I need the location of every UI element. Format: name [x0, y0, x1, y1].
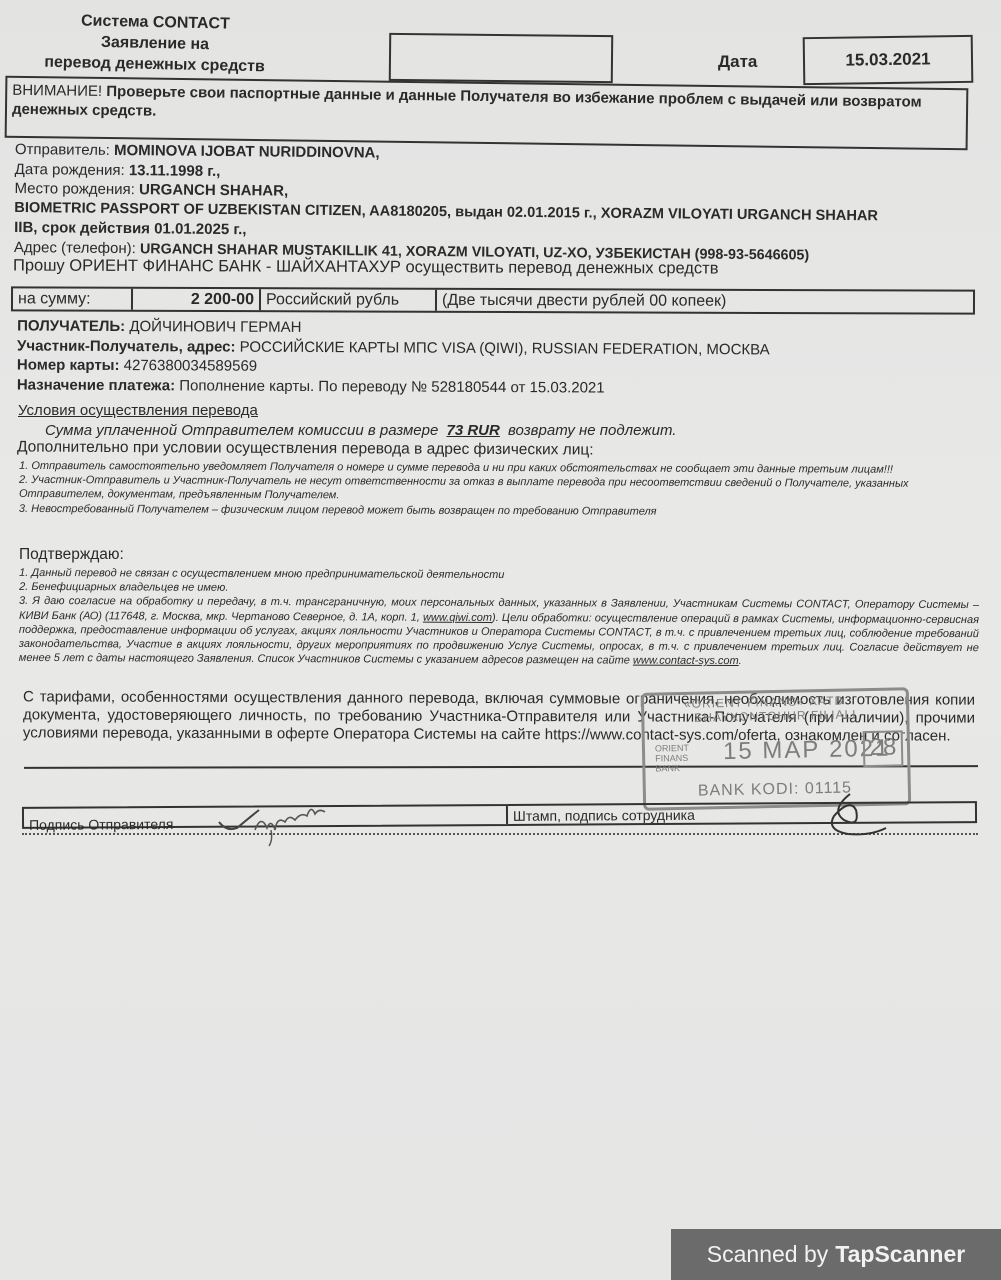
consent-text-c: .	[739, 655, 742, 667]
title-line-transfer: перевод денежных средств	[19, 51, 289, 78]
scanner-watermark: Scanned by TapScanner	[671, 1229, 1001, 1280]
payment-purpose-label: Назначение платежа:	[17, 376, 175, 394]
contact-sys-link[interactable]: www.contact-sys.com	[633, 655, 739, 667]
transfer-application-document: Система CONTACT Заявление на перевод ден…	[0, 0, 1001, 1280]
sender-pob-label: Место рождения:	[14, 180, 134, 198]
confirm-title: Подтверждаю:	[19, 546, 124, 564]
stamp-bank-line: FINANS	[655, 753, 689, 764]
additional-conditions-title: Дополнительно при условии осуществления …	[17, 438, 594, 459]
sender-section: Отправитель: MOMINOVA IJOBAT NURIDDINOVN…	[14, 140, 980, 267]
amount-in-words: (Две тысячи двести рублей 00 копеек)	[437, 290, 973, 313]
receiver-card-number: 4276380034589569	[124, 357, 258, 375]
sender-signature-label: Подпись Отправителя	[29, 816, 173, 833]
qiwi-link[interactable]: www.qiwi.com	[423, 611, 492, 623]
warning-prefix: ВНИМАНИЕ!	[12, 82, 102, 100]
amount-row: на сумму: 2 200-00 Российский рубль (Две…	[11, 286, 975, 314]
commission-suffix: возврату не подлежит.	[508, 422, 676, 439]
amount-value: 2 200-00	[133, 289, 261, 310]
stamp-bank-line: BANK	[655, 763, 689, 774]
receiver-participant: РОССИЙСКИЕ КАРТЫ МПС VISA (QIWI), RUSSIA…	[240, 338, 770, 358]
sender-dob-label: Дата рождения:	[15, 160, 125, 178]
date-label: Дата	[718, 52, 757, 72]
condition-item: 2. Участник-Отправитель и Участник-Получ…	[19, 473, 979, 506]
amount-label: на сумму:	[13, 288, 133, 309]
receiver-card-label: Номер карты:	[17, 356, 120, 374]
transfer-request-text: Прошу ОРИЕНТ ФИНАНС БАНК - ШАЙХАНТАХУР о…	[13, 256, 719, 278]
commission-line: Сумма уплаченной Отправителем комиссии в…	[45, 422, 676, 439]
warning-box: ВНИМАНИЕ! Проверьте свои паспортные данн…	[5, 76, 969, 151]
stamp-bank-name: ORIENT FINANS BANK	[655, 743, 690, 774]
stamp-top-text-2: SHAYXONTOHUR FILIALI	[694, 707, 857, 724]
sender-name: MOMINOVA IJOBAT NURIDDINOVNA,	[114, 142, 380, 162]
blank-number-box	[389, 33, 613, 83]
staff-handwritten-signature	[820, 790, 890, 840]
receiver-participant-label: Участник-Получатель, адрес:	[17, 337, 236, 355]
receiver-name: ДОЙЧИНОВИЧ ГЕРМАН	[129, 318, 301, 336]
receiver-section: ПОЛУЧАТЕЛЬ: ДОЙЧИНОВИЧ ГЕРМАН Участник-П…	[17, 316, 977, 399]
date-field: 15.03.2021	[803, 35, 974, 85]
conditions-title: Условия осуществления перевода	[18, 402, 258, 419]
stamp-number: 28	[863, 730, 904, 767]
confirm-list: 1. Данный перевод не связан с осуществле…	[19, 566, 979, 670]
commission-amount: 73 RUR	[443, 422, 504, 439]
amount-currency: Российский рубль	[261, 289, 437, 311]
watermark-prefix: Scanned by	[707, 1241, 828, 1268]
conditions-list: 1. Отправитель самостоятельно уведомляет…	[19, 459, 979, 520]
sender-dob: 13.11.1998 г.,	[129, 162, 221, 180]
sender-pob: URGANCH SHAHAR,	[139, 181, 288, 199]
receiver-name-label: ПОЛУЧАТЕЛЬ:	[17, 317, 125, 335]
date-value: 15.03.2021	[845, 49, 930, 70]
document-title: Система CONTACT Заявление на перевод ден…	[19, 9, 290, 78]
sender-name-label: Отправитель:	[15, 141, 110, 159]
staff-signature-label: Штамп, подпись сотрудника	[513, 807, 695, 824]
commission-prefix: Сумма уплаченной Отправителем комиссии в…	[45, 422, 438, 439]
payment-purpose: Пополнение карты. По переводу № 52818054…	[179, 377, 604, 396]
watermark-brand: TapScanner	[835, 1241, 965, 1268]
staff-signature-field: Штамп, подпись сотрудника	[508, 803, 975, 824]
sender-address-label: Адрес (телефон):	[14, 238, 136, 256]
confirm-item-consent: 3. Я даю согласие на обработку и передач…	[19, 594, 979, 669]
warning-text: Проверьте свои паспортные данные и данны…	[12, 83, 922, 120]
sender-handwritten-signature	[215, 800, 345, 848]
condition-item: 3. Невостребованный Получателем – физиче…	[19, 502, 979, 520]
